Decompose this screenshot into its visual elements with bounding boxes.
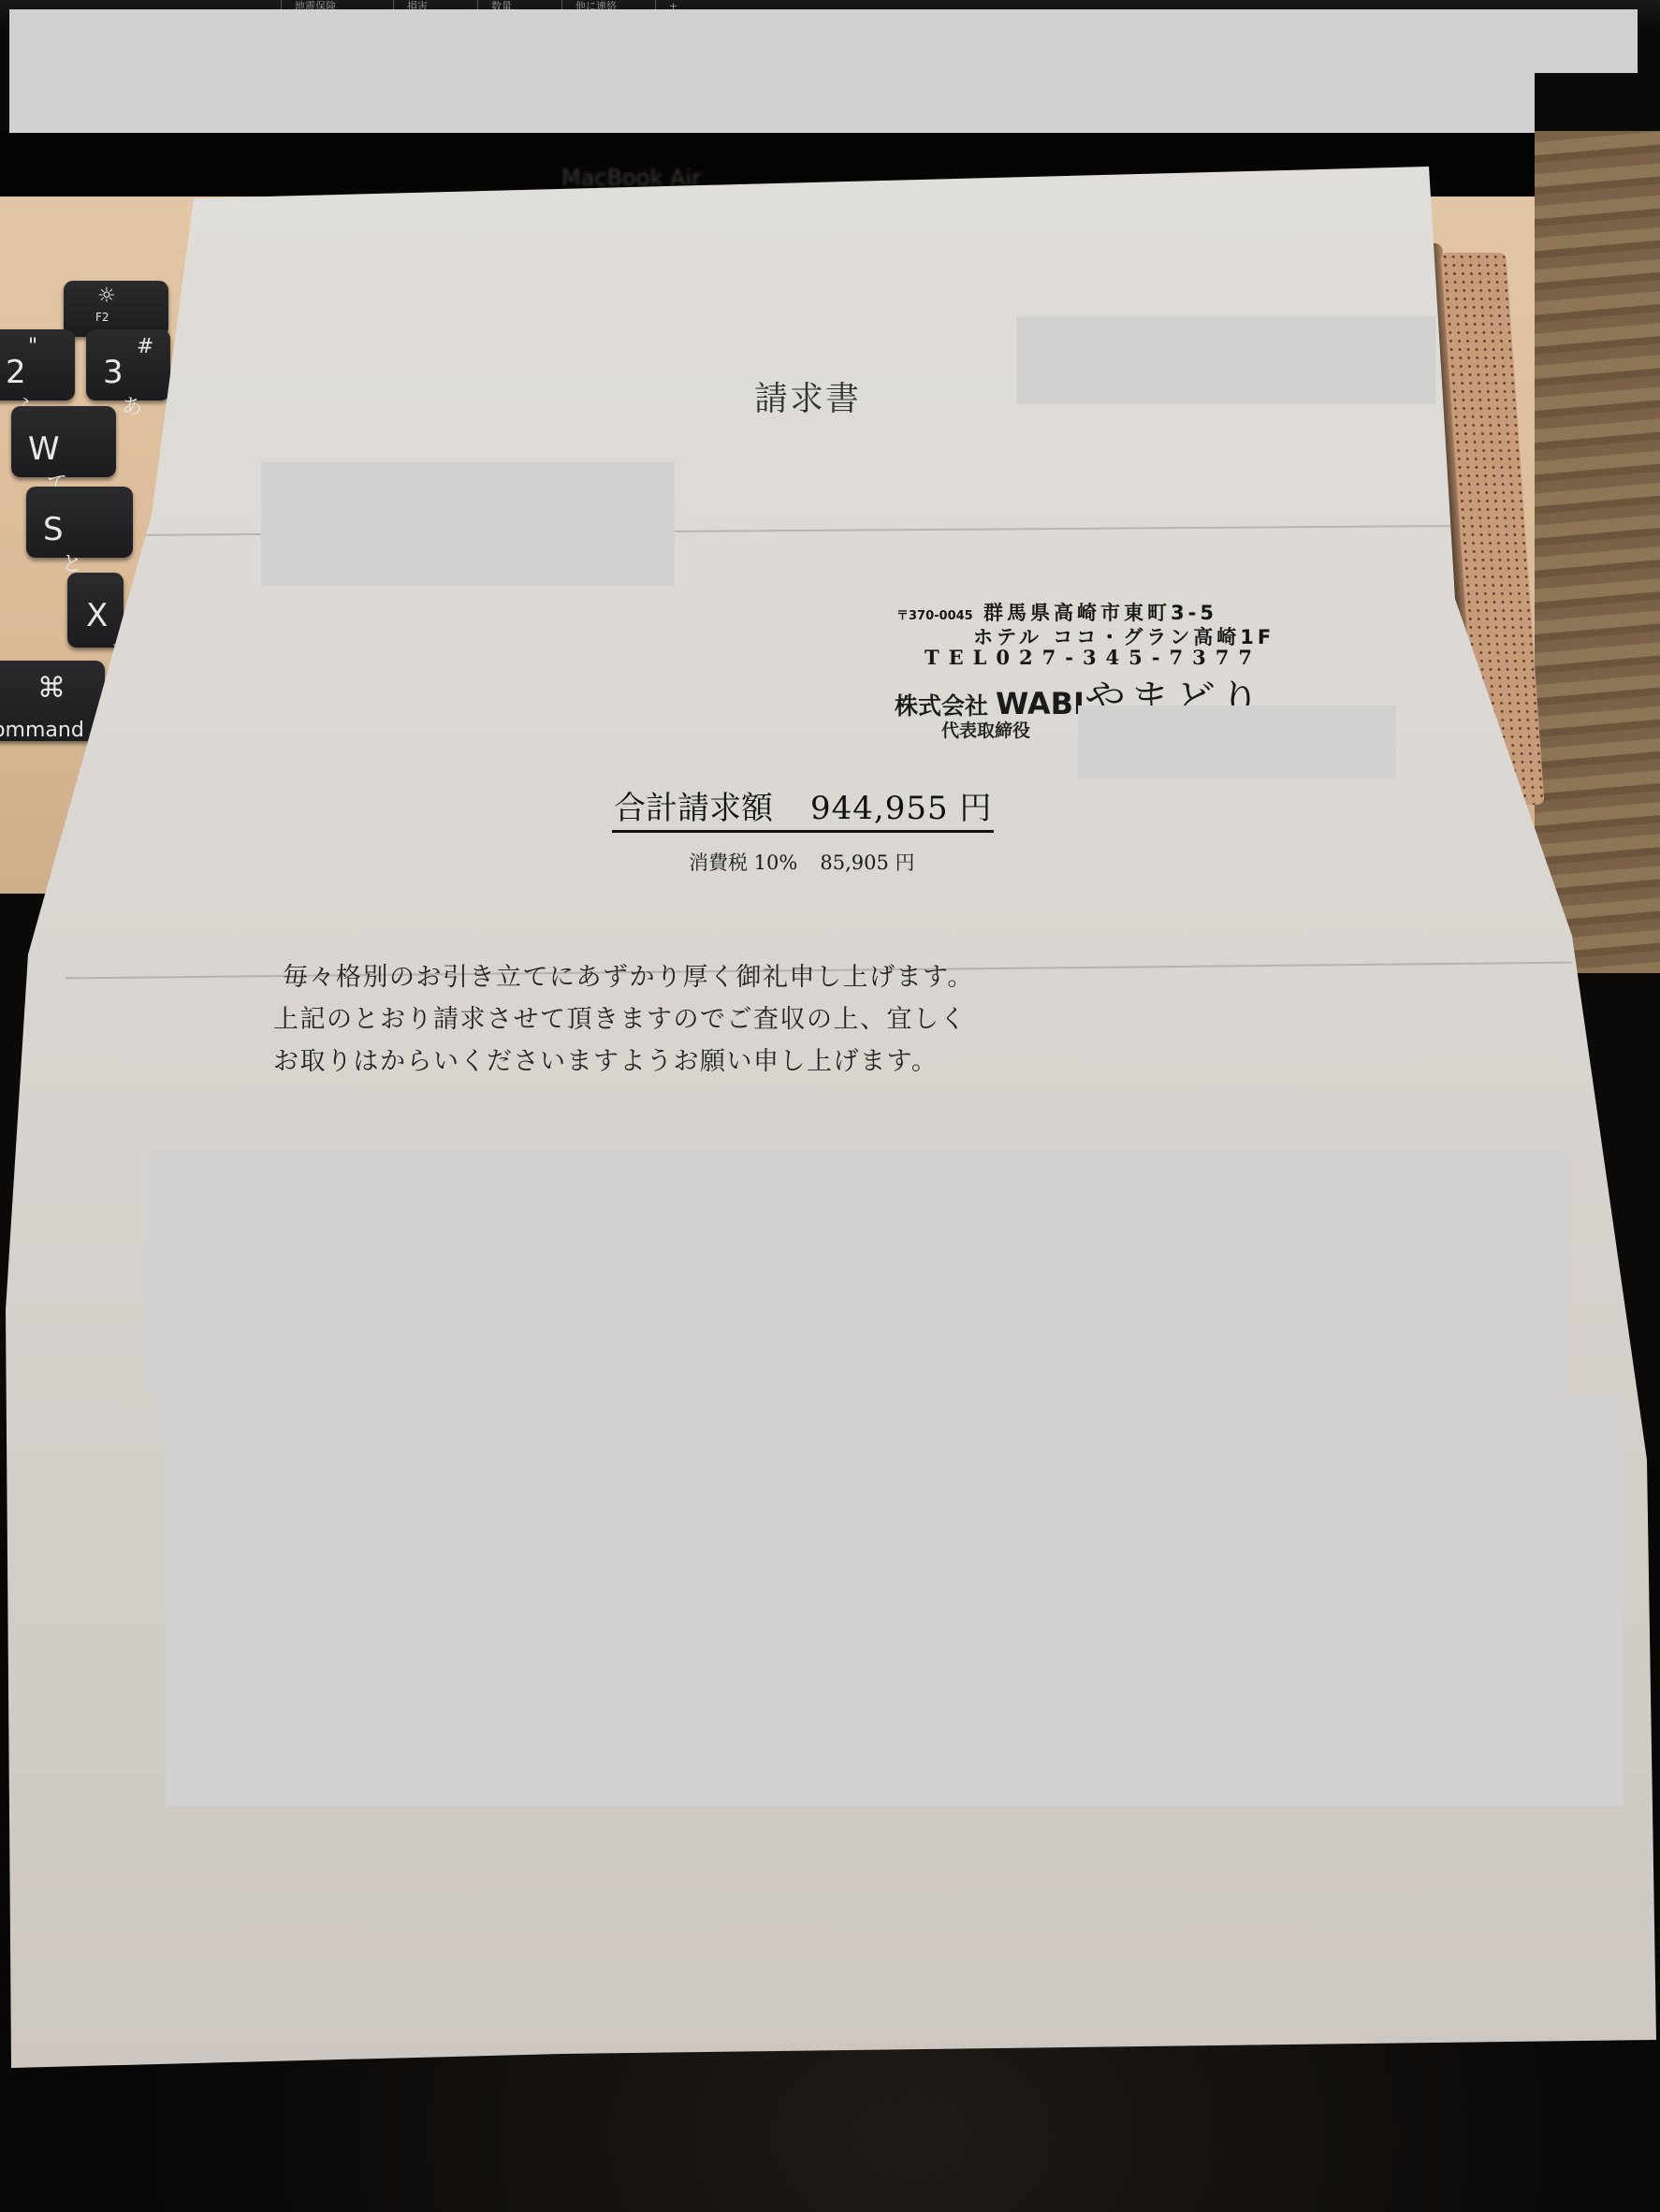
issuer-address-line2: ホテル ココ・グラン高崎1F: [896, 627, 1274, 648]
redaction-recipient-name: [261, 462, 675, 586]
issuer-zip: 〒370-0045: [896, 609, 973, 623]
redaction-header-banner-right: [1067, 9, 1638, 73]
total-amount: 944,955 円: [810, 790, 992, 827]
redaction-details-lower: [166, 1398, 1624, 1806]
key-command: ⌘ command: [0, 661, 105, 741]
total-amount-line: 合計請求額944,955 円: [612, 782, 994, 833]
key-w: W て: [11, 406, 116, 477]
brightness-icon: ☼: [97, 284, 116, 308]
tax-line: 消費税 10%85,905 円: [689, 848, 915, 876]
company-prefix: 株式会社: [895, 692, 988, 720]
greeting-line: お取りはからいくださいますようお願い申し上げます。: [273, 1041, 974, 1083]
tax-amount: 85,905 円: [820, 851, 914, 874]
key-s: S と: [26, 487, 133, 558]
redaction-invoice-date-number: [1016, 316, 1435, 404]
issuer-address-line1: 群馬県高崎市東町3-5: [983, 602, 1217, 624]
issuer-tel: TEL027-345-7377: [896, 648, 1274, 668]
greeting-text: 毎々格別のお引き立てにあずかり厚く御礼申し上げます。 上記のとおり請求させて頂き…: [273, 956, 974, 1083]
redaction-details-upper: [148, 1149, 1568, 1396]
key-2: 2 " ふ: [0, 329, 75, 400]
total-label: 合計請求額: [614, 790, 773, 827]
wood-desk: [1535, 131, 1660, 973]
document-title: 請求書: [754, 372, 861, 420]
greeting-line: 上記のとおり請求させて頂きますのでご査収の上、宜しく: [273, 998, 974, 1041]
tax-label: 消費税 10%: [689, 851, 797, 874]
key-x: X さ: [67, 573, 124, 648]
representative-title: 代表取締役: [941, 717, 1030, 742]
command-icon: ⌘: [37, 672, 66, 705]
issuer-address-stamp: 〒370-0045 群馬県高崎市東町3-5 ホテル ココ・グラン高崎1F TEL…: [896, 603, 1274, 668]
redaction-representative-name: [1078, 706, 1396, 779]
greeting-line: 毎々格別のお引き立てにあずかり厚く御礼申し上げます。: [273, 956, 974, 998]
key-f2: ☼ F2: [64, 281, 168, 337]
key-3: 3 # あ: [86, 329, 170, 400]
